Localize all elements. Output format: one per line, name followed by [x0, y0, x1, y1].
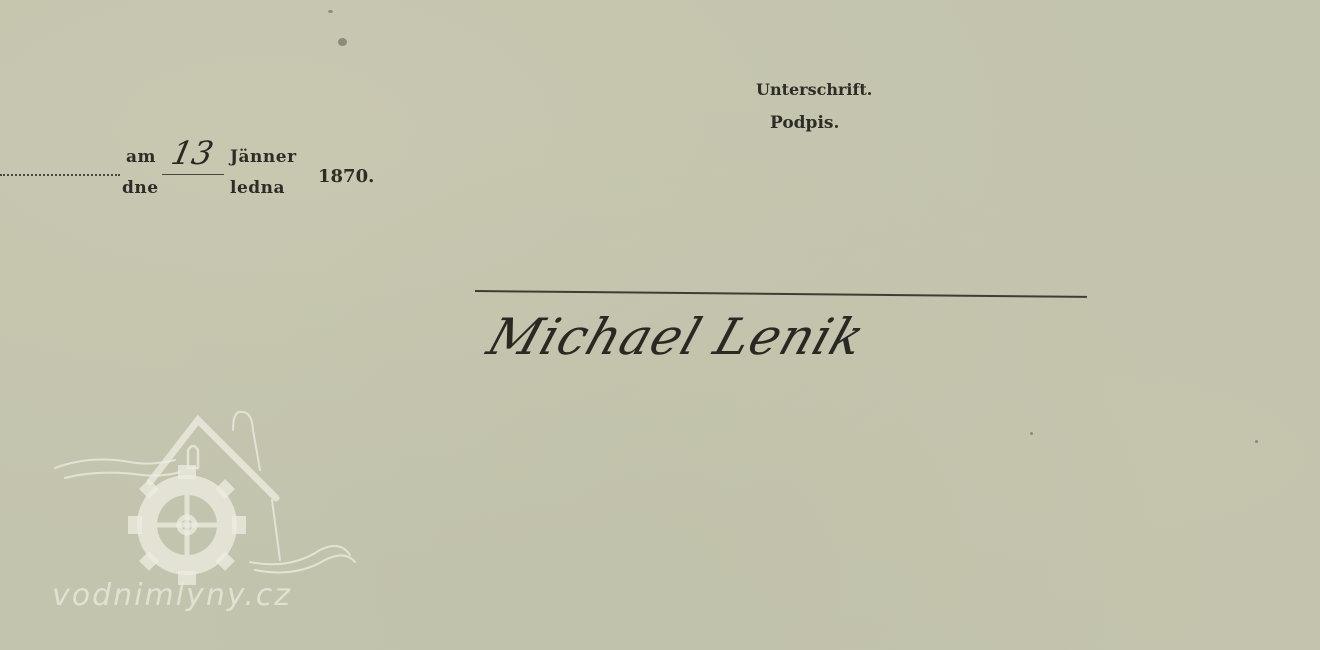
- signature-label-czech: Podpis.: [770, 113, 839, 133]
- year: 1870.: [318, 166, 374, 187]
- signature-label-german: Unterschrift.: [756, 80, 872, 99]
- month-czech: ledna: [230, 178, 285, 198]
- watermark-text: vodnimlyny.cz: [52, 578, 292, 613]
- day-dotted-line: [162, 174, 224, 175]
- am-label: am: [126, 147, 156, 167]
- dne-label: dne: [122, 178, 159, 198]
- day-handwritten: 13: [168, 134, 217, 172]
- month-german: Jänner: [230, 147, 297, 167]
- signature-handwritten: Michael Lenik: [481, 308, 873, 366]
- paper-speck: [328, 10, 333, 13]
- date-dotted-line-left: [0, 174, 120, 176]
- signature-line: [475, 290, 1087, 298]
- paper-speck: [1255, 440, 1258, 443]
- paper-speck: [1030, 432, 1033, 435]
- paper-speck: [338, 38, 347, 46]
